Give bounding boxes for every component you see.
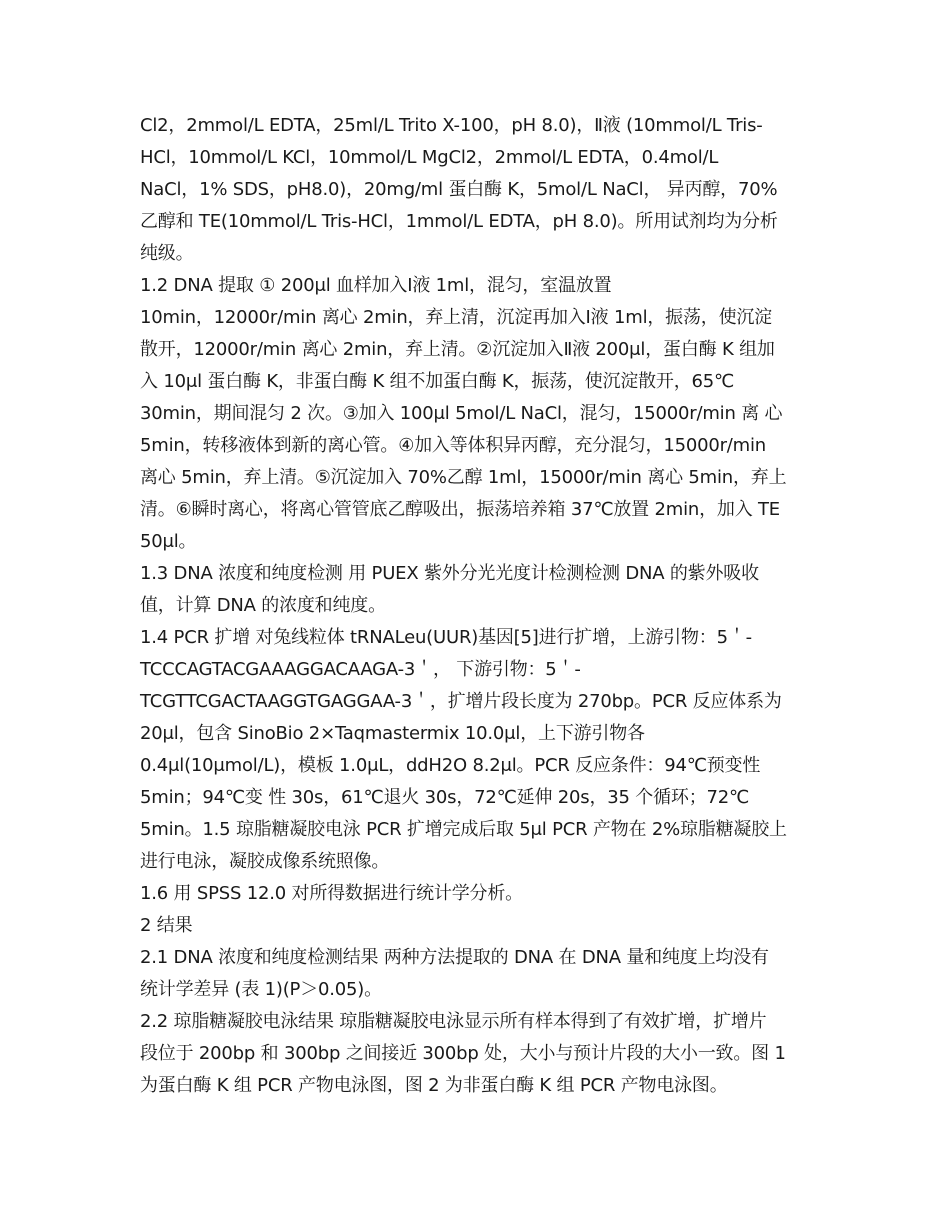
text-line: TCGTTCGACTAAGGTGAGGAA-3＇，扩增片段长度为 270bp。P…: [140, 686, 820, 718]
section-2-2-line: 2.2 琼脂糖凝胶电泳结果 琼脂糖凝胶电泳显示所有样本得到了有效扩增，扩增片: [140, 1006, 820, 1038]
text-line: 30min，期间混匀 2 次。③加入 100μl 5mol/L NaCl，混匀，…: [140, 398, 820, 430]
text-line: TCCCAGTACGAAAGGACAAGA-3＇， 下游引物：5＇-: [140, 654, 820, 686]
text-line: 散开，12000r/min 离心 2min，弃上清。②沉淀加入Ⅱ液 200μl，…: [140, 334, 820, 366]
text-line: 50μl。: [140, 526, 820, 558]
text-line: 段位于 200bp 和 300bp 之间接近 300bp 处，大小与预计片段的大…: [140, 1038, 820, 1070]
section-1-4-line: 1.4 PCR 扩增 对兔线粒体 tRNALeu(UUR)基因[5]进行扩增，上…: [140, 622, 820, 654]
text-line: 统计学差异 (表 1)(P＞0.05)。: [140, 974, 820, 1006]
text-line: 10min，12000r/min 离心 2min，弃上清，沉淀再加入Ⅰ液 1ml…: [140, 302, 820, 334]
section-2-heading: 2 结果: [140, 910, 820, 942]
text-line: Cl2，2mmol/L EDTA，25ml/L Trito X-100，pH 8…: [140, 110, 820, 142]
text-line: 清。⑥瞬时离心，将离心管管底乙醇吸出，振荡培养箱 37℃放置 2min，加入 T…: [140, 494, 820, 526]
section-1-6-line: 1.6 用 SPSS 12.0 对所得数据进行统计学分析。: [140, 878, 820, 910]
text-line: 进行电泳，凝胶成像系统照像。: [140, 846, 820, 878]
section-1-3-line: 1.3 DNA 浓度和纯度检测 用 PUEX 紫外分光光度计检测检测 DNA 的…: [140, 558, 820, 590]
text-line: 入 10μl 蛋白酶 K，非蛋白酶 K 组不加蛋白酶 K，振荡，使沉淀散开，65…: [140, 366, 820, 398]
text-line: 5min；94℃变 性 30s，61℃退火 30s，72℃延伸 20s，35 个…: [140, 782, 820, 814]
text-line: 5min，转移液体到新的离心管。④加入等体积异丙醇，充分混匀，15000r/mi…: [140, 430, 820, 462]
document-body: Cl2，2mmol/L EDTA，25ml/L Trito X-100，pH 8…: [140, 110, 820, 1102]
section-1-2-line: 1.2 DNA 提取 ① 200μl 血样加入Ⅰ液 1ml，混匀，室温放置: [140, 270, 820, 302]
text-line: 5min。1.5 琼脂糖凝胶电泳 PCR 扩增完成后取 5μl PCR 产物在 …: [140, 814, 820, 846]
text-line: NaCl，1% SDS，pH8.0)，20mg/ml 蛋白酶 K，5mol/L …: [140, 174, 820, 206]
text-line: HCl，10mmol/L KCl，10mmol/L MgCl2，2mmol/L …: [140, 142, 820, 174]
text-line: 纯级。: [140, 238, 820, 270]
section-2-1-line: 2.1 DNA 浓度和纯度检测结果 两种方法提取的 DNA 在 DNA 量和纯度…: [140, 942, 820, 974]
text-line: 0.4μl(10μmol/L)，模板 1.0μL，ddH2O 8.2μl。PCR…: [140, 750, 820, 782]
text-line: 为蛋白酶 K 组 PCR 产物电泳图，图 2 为非蛋白酶 K 组 PCR 产物电…: [140, 1070, 820, 1102]
text-line: 值，计算 DNA 的浓度和纯度。: [140, 590, 820, 622]
text-line: 离心 5min，弃上清。⑤沉淀加入 70%乙醇 1ml，15000r/min 离…: [140, 462, 820, 494]
text-line: 20μl，包含 SinoBio 2×Taqmastermix 10.0μl，上下…: [140, 718, 820, 750]
text-line: 乙醇和 TE(10mmol/L Tris-HCl，1mmol/L EDTA，pH…: [140, 206, 820, 238]
